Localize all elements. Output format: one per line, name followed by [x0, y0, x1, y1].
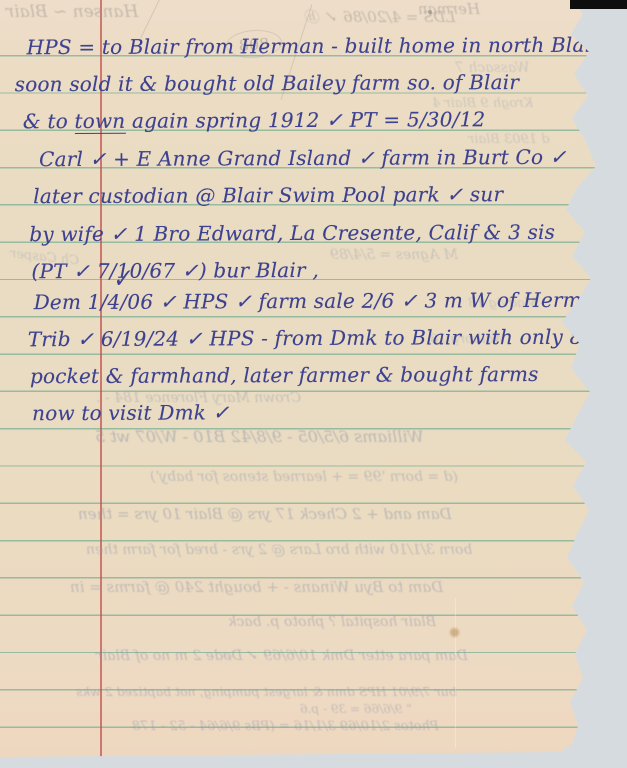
handwriting-line: by wife ✓ 1 Bro Edward, La Cresente, Cal…: [29, 220, 555, 246]
stain: [450, 628, 459, 637]
handwriting-line: HPS = to Blair from Herman - built home …: [26, 33, 605, 60]
handwriting-layer: HPS = to Blair from Herman - built home …: [0, 0, 604, 761]
handwriting-line: soon sold it & bought old Bailey farm so…: [15, 70, 519, 96]
scanned-page: Hansen ~ Blair LDS = 4/20/86 ✓ ⓗ Herman …: [0, 0, 627, 768]
handwriting-line: now to visit Dmk ✓: [32, 400, 230, 425]
handwriting-line: Trib ✓ 6/19/24 ✓ HPS - from Dmk to Blair…: [28, 325, 627, 352]
stain: [428, 10, 432, 14]
handwriting-line: Dem 1/4/06 ✓ HPS ✓ farm sale 2/6 ✓ 3 m W…: [34, 288, 608, 315]
handwriting-segment: & to: [23, 109, 75, 133]
scan-edge-bar: [570, 0, 627, 9]
notebook-page: Hansen ~ Blair LDS = 4/20/86 ✓ ⓗ Herman …: [0, 0, 602, 760]
handwriting-line: later custodian @ Blair Swim Pool park ✓…: [33, 182, 503, 208]
handwriting-line: (PT ✓ 7/10/67 ✓) bur Blair ,: [31, 258, 318, 283]
handwriting-line: pocket & farmhand, later farmer & bought…: [30, 362, 539, 388]
crease: [455, 598, 456, 748]
underlined-word: town: [74, 109, 125, 134]
handwriting-segment: again spring 1912 ✓ PT = 5/30/12: [125, 107, 485, 133]
handwriting-line: & to town again spring 1912 ✓ PT = 5/30/…: [23, 107, 486, 133]
handwriting-line: Carl ✓ + E Anne Grand Island ✓ farm in B…: [39, 145, 567, 171]
